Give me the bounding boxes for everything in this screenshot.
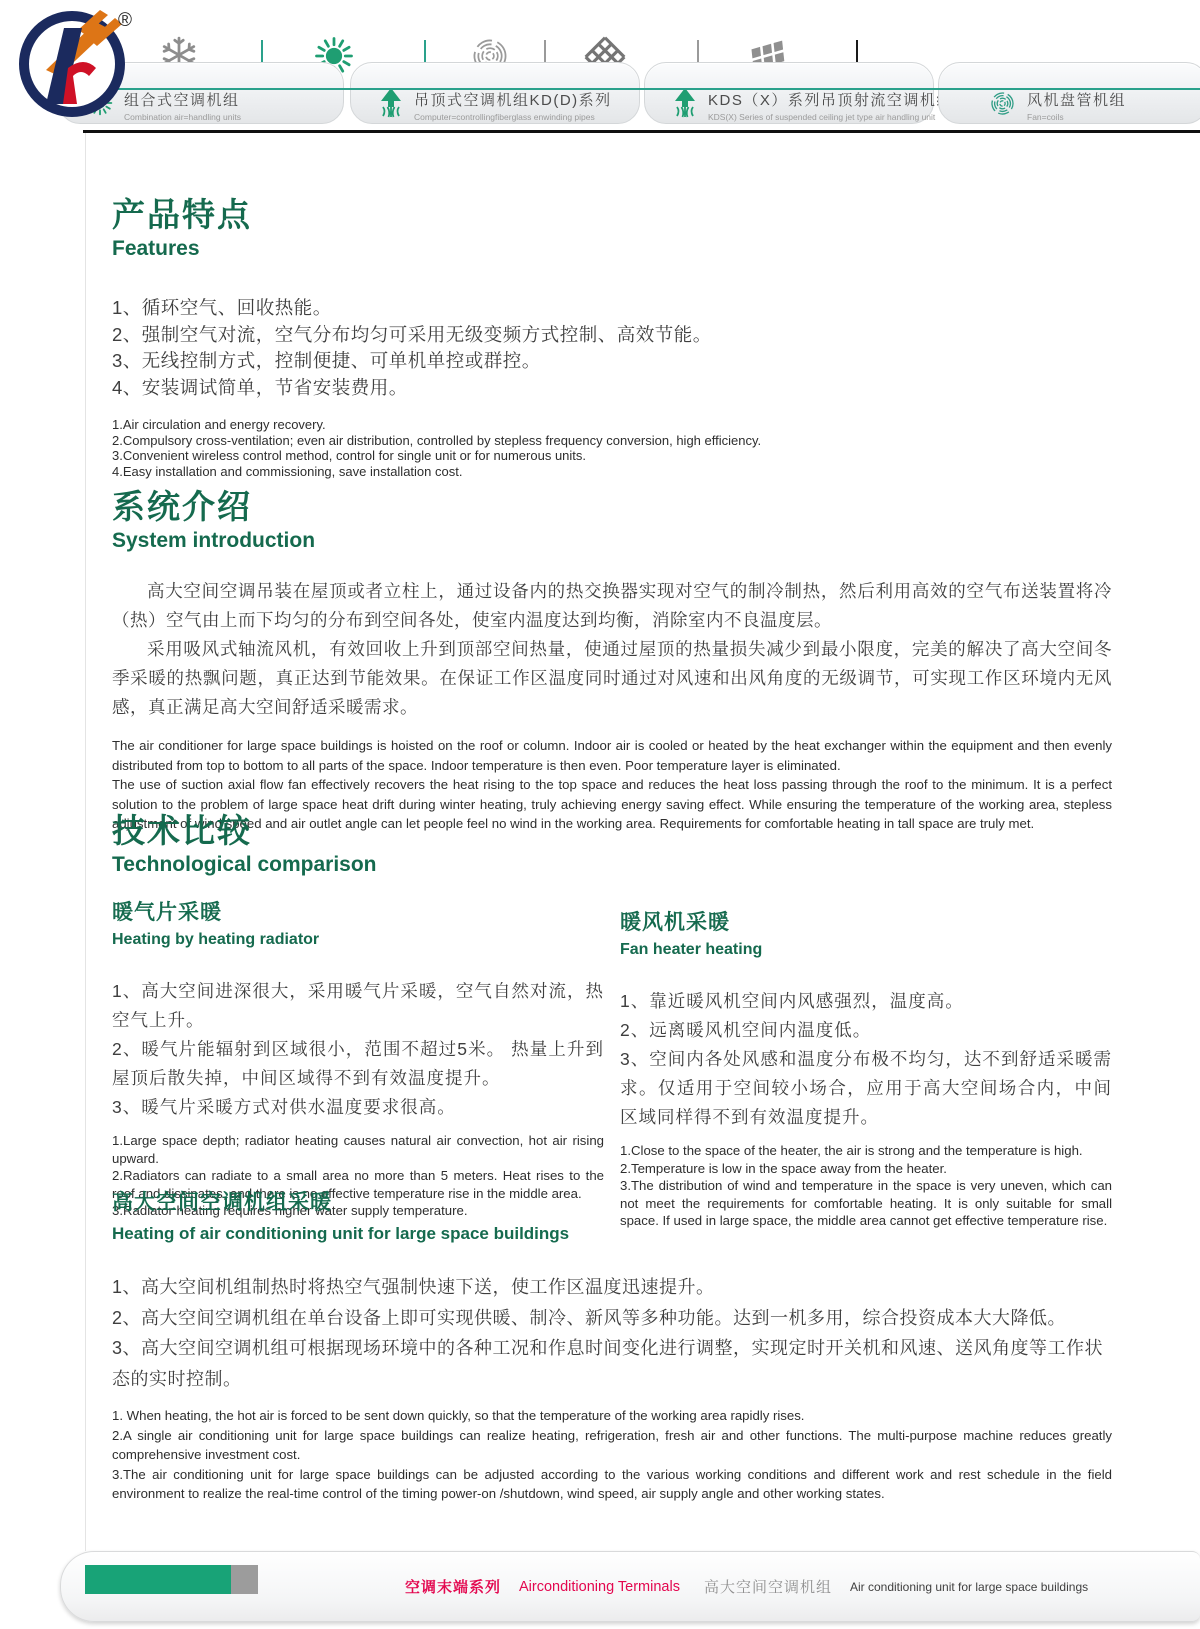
paragraph: 采用吸风式轴流风机，有效回收上升到顶部空间热量，使通过屋顶的热量损失减少到最小限… [112, 635, 1112, 722]
column-heading-en: Fan heater heating [620, 941, 1112, 959]
list-item: 3.Convenient wireless control method, co… [112, 448, 1112, 464]
tab-kds-jet-units[interactable]: KDS（X）系列吊顶射流空调机组 KDS(X) Series of suspen… [644, 62, 934, 124]
tab-subtitle: Fan=coils [1027, 112, 1126, 122]
list-item: 2、暖气片能辐射到区域很小，范围不超过5米。 热量上升到屋顶后散失掉，中间区域得… [112, 1035, 604, 1093]
large-space-list-zh: 1、高大空间机组制热时将热空气强制快速下送，使工作区温度迅速提升。 2、高大空间… [112, 1272, 1112, 1394]
list-item: 2.Temperature is low in the space away f… [620, 1160, 1112, 1178]
large-space-heading-zh: 高大空间空调机组采暖 [112, 1186, 1112, 1216]
tab-subtitle: Computer=controllingfiberglass enwinding… [414, 112, 612, 122]
column-list-zh: 1、靠近暖风机空间内风感强烈，温度高。 2、远离暖风机空间内温度低。 3、空间内… [620, 987, 1112, 1132]
list-item: 1、靠近暖风机空间内风感强烈，温度高。 [620, 987, 1112, 1016]
page-content: 产品特点 Features 1、循环空气、回收热能。 2、强制空气对流，空气分布… [112, 0, 1112, 1629]
list-item: 4、安装调试简单，节省安装费用。 [112, 375, 1112, 402]
footer-green-block [85, 1565, 231, 1594]
list-item: 2、强制空气对流，空气分布均匀可采用无级变频方式控制、高效节能。 [112, 322, 1112, 349]
list-item: 3.The air conditioning unit for large sp… [112, 1465, 1112, 1504]
features-title-en: Features [112, 237, 1112, 261]
tab-title: 吊顶式空调机组KD(D)系列 [414, 89, 612, 110]
list-item: 1、循环空气、回收热能。 [112, 295, 1112, 322]
list-item: 2、高大空间空调机组在单台设备上即可实现供暖、制冷、新风等多种功能。达到一机多用… [112, 1303, 1112, 1334]
column-fan-heater-heating: 暖风机采暖 Fan heater heating 1、靠近暖风机空间内风感强烈，… [620, 896, 1112, 1230]
section-system-introduction: 系统介绍 System introduction 高大空间空调吊装在屋顶或者立柱… [112, 488, 1112, 834]
list-item: 1.Large space depth; radiator heating ca… [112, 1132, 604, 1167]
sysintro-title-en: System introduction [112, 529, 1112, 553]
tab-title: 组合式空调机组 [124, 89, 241, 110]
tab-title: 风机盘管机组 [1027, 89, 1126, 110]
registered-mark: ® [118, 10, 132, 32]
tree-icon [379, 88, 403, 123]
features-title-zh: 产品特点 [112, 196, 1112, 234]
brand-logo [16, 6, 128, 123]
footer-gray-block [231, 1565, 258, 1594]
comparison-title-zh: 技术比较 [112, 812, 1112, 850]
list-item: 2.A single air conditioning unit for lar… [112, 1426, 1112, 1465]
list-item: 3、无线控制方式，控制便捷、可单机单控或群控。 [112, 348, 1112, 375]
list-item: 3、暖气片采暖方式对供水温度要求很高。 [112, 1093, 604, 1122]
column-heading-zh: 暖风机采暖 [620, 906, 1112, 936]
list-item: 1.Air circulation and energy recovery. [112, 417, 1112, 433]
tab-subtitle: KDS(X) Series of suspended ceiling jet t… [708, 112, 953, 122]
column-heading-en: Heating by heating radiator [112, 931, 604, 949]
tab-title: KDS（X）系列吊顶射流空调机组 [708, 89, 953, 110]
list-item: 1、高大空间机组制热时将热空气强制快速下送，使工作区温度迅速提升。 [112, 1272, 1112, 1303]
fingerprint-icon [989, 90, 1016, 122]
list-item: 1、高大空间进深很大，采用暖气片采暖，空气自然对流，热空气上升。 [112, 977, 604, 1035]
list-item: 3、空间内各处风感和温度分布极不均匀，达不到舒适采暖需求。仅适用于空间较小场合，… [620, 1045, 1112, 1132]
paragraph: The air conditioner for large space buil… [112, 736, 1112, 775]
section-comparison-heading: 技术比较 Technological comparison [112, 812, 1112, 877]
page-edge-line [85, 133, 86, 1551]
large-space-list-en: 1. When heating, the hot air is forced t… [112, 1406, 1112, 1504]
paragraph: 高大空间空调吊装在屋顶或者立柱上，通过设备内的热交换器实现对空气的制冷制热，然后… [112, 577, 1112, 635]
comparison-title-en: Technological comparison [112, 853, 1112, 877]
footer-bar: 空调末端系列 Airconditioning Terminals 高大空间空调机… [60, 1551, 1200, 1622]
list-item: 1. When heating, the hot air is forced t… [112, 1406, 1112, 1426]
footer-product-zh: 高大空间空调机组 [704, 1576, 832, 1597]
section-features: 产品特点 Features 1、循环空气、回收热能。 2、强制空气对流，空气分布… [112, 196, 1112, 479]
section-large-space-heating: 高大空间空调机组采暖 Heating of air conditioning u… [112, 1186, 1112, 1504]
sysintro-title-zh: 系统介绍 [112, 488, 1112, 526]
comparison-columns: 暖气片采暖 Heating by heating radiator 1、高大空间… [112, 896, 1112, 1230]
tab-ceiling-units-kd[interactable]: 吊顶式空调机组KD(D)系列 Computer=controllingfiber… [350, 62, 640, 124]
tree-icon [673, 88, 697, 123]
footer-product-en: Air conditioning unit for large space bu… [850, 1580, 1088, 1594]
column-list-zh: 1、高大空间进深很大，采用暖气片采暖，空气自然对流，热空气上升。 2、暖气片能辐… [112, 977, 604, 1122]
footer-series-en: Airconditioning Terminals [519, 1579, 680, 1595]
large-space-heading-en: Heating of air conditioning unit for lar… [112, 1224, 1112, 1244]
list-item: 1.Close to the space of the heater, the … [620, 1142, 1112, 1160]
list-item: 2.Compulsory cross-ventilation; even air… [112, 433, 1112, 449]
footer-series-zh: 空调末端系列 [405, 1576, 501, 1597]
teal-accent-line [85, 88, 1200, 90]
tab-fan-coils[interactable]: 风机盘管机组 Fan=coils [938, 62, 1200, 124]
column-radiator-heating: 暖气片采暖 Heating by heating radiator 1、高大空间… [112, 896, 604, 1230]
footer-texts: 空调末端系列 Airconditioning Terminals 高大空间空调机… [405, 1552, 1088, 1621]
list-item: 2、远离暖风机空间内温度低。 [620, 1016, 1112, 1045]
list-item: 3、高大空间空调机组可根据现场环境中的各种工况和作息时间变化进行调整，实现定时开… [112, 1333, 1112, 1394]
sysintro-paragraphs-zh: 高大空间空调吊装在屋顶或者立柱上，通过设备内的热交换器实现对空气的制冷制热，然后… [112, 577, 1112, 722]
features-list-en: 1.Air circulation and energy recovery. 2… [112, 417, 1112, 479]
tab-subtitle: Combination air=handling units [124, 112, 241, 122]
column-heading-zh: 暖气片采暖 [112, 896, 604, 926]
list-item: 4.Easy installation and commissioning, s… [112, 464, 1112, 480]
features-list-zh: 1、循环空气、回收热能。 2、强制空气对流，空气分布均匀可采用无级变频方式控制、… [112, 295, 1112, 401]
catalog-page: 组合式空调机组 Combination air=handling units 吊… [0, 0, 1200, 1629]
